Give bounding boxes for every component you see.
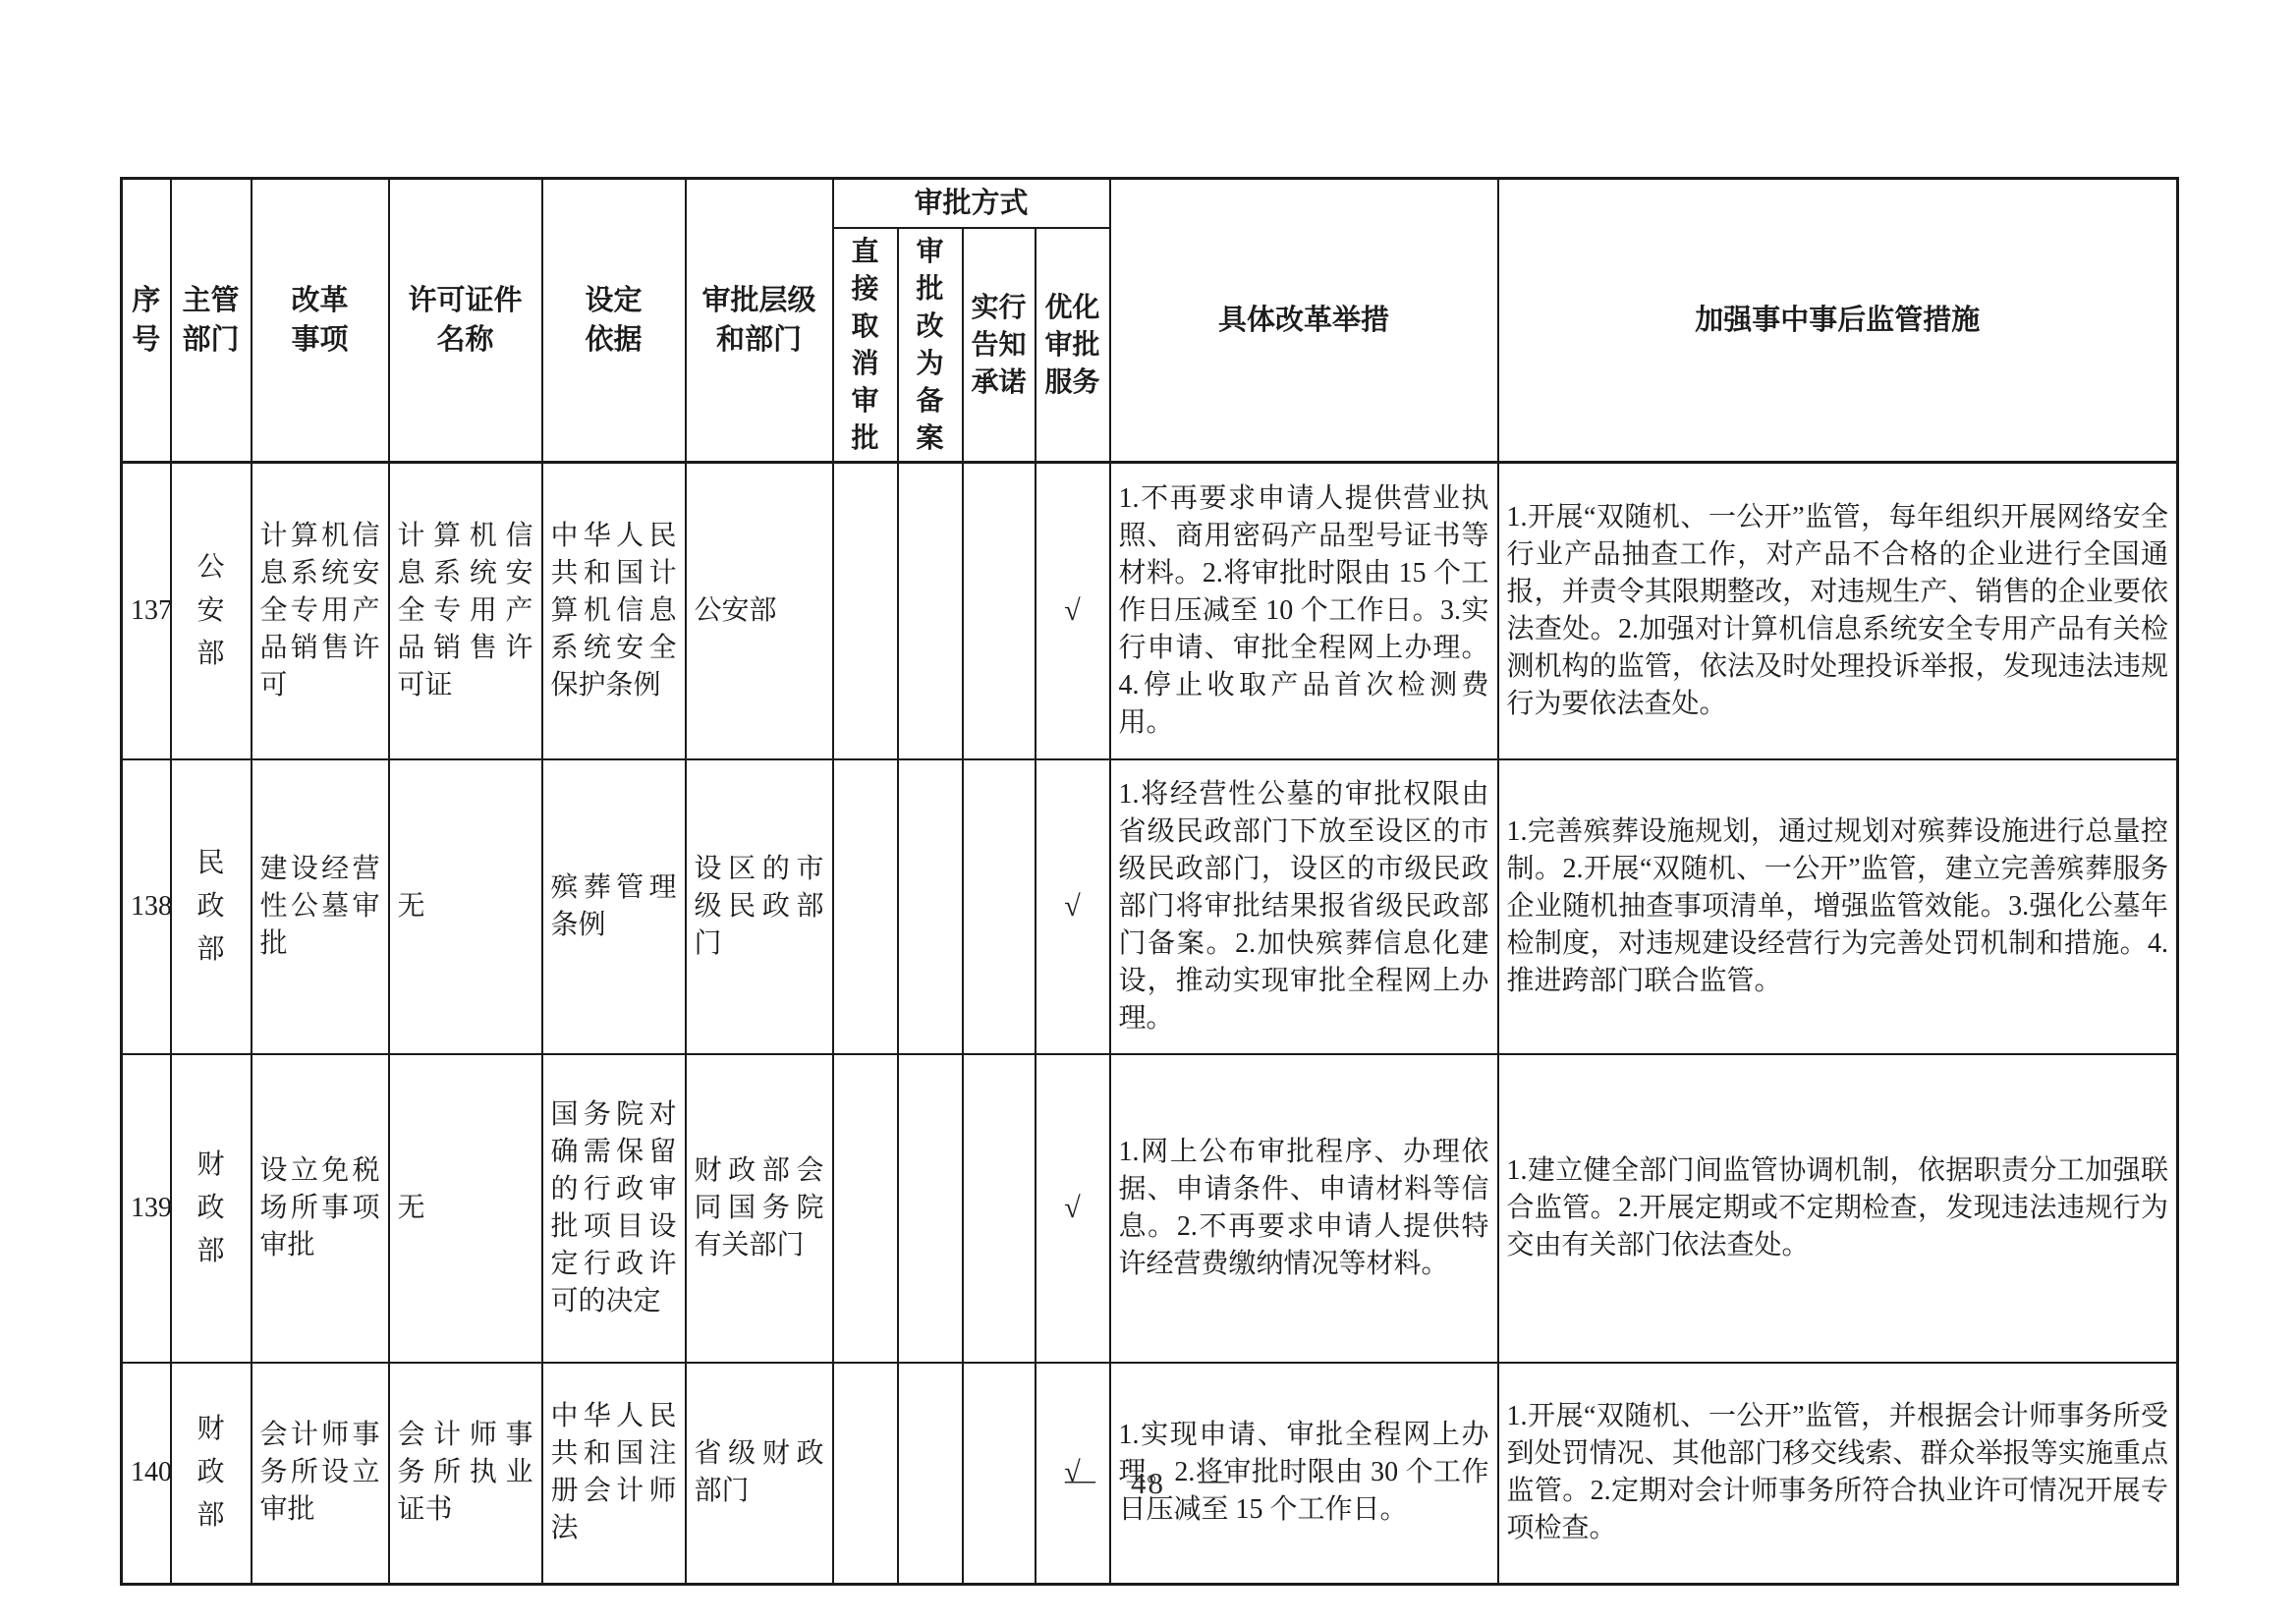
table-header: 序 号 主管 部门 改革 事项 许可证件 名称 设定 依据 审批层级 和部门 审… <box>122 179 2178 463</box>
header-reform-measures: 具体改革举措 <box>1110 179 1498 463</box>
check-notification-commitment <box>963 759 1036 1054</box>
check-optimize-service: √ <box>1036 759 1110 1054</box>
document-page: 序 号 主管 部门 改革 事项 许可证件 名称 设定 依据 审批层级 和部门 审… <box>0 0 2296 1624</box>
department-text: 财政部 <box>195 1144 226 1273</box>
footer-dash-left: — <box>1065 1462 1097 1497</box>
approval-level-cell: 财政部会同国务院有关部门 <box>686 1054 833 1363</box>
check-cancel-approval <box>833 1054 898 1363</box>
supervision-measures-cell: 1.开展“双随机、一公开”监管，每年组织开展网络安全行业产品抽查工作，对产品不合… <box>1498 463 2178 759</box>
header-sub-notification-commitment: 实行 告知 承诺 <box>963 228 1036 463</box>
department-text: 民政部 <box>195 842 226 972</box>
check-change-to-filing <box>898 1054 963 1363</box>
check-optimize-service: √ <box>1036 463 1110 759</box>
table-row-137: 137 公安部 计算机信息系统安全专用产品销售许可 计算机信息系统安全专用产品销… <box>122 463 2178 759</box>
legal-basis-cell: 殡葬管理条例 <box>542 759 686 1054</box>
footer-dash-right: — <box>1199 1462 1231 1497</box>
header-approval-level: 审批层级 和部门 <box>686 179 833 463</box>
header-sub-cancel-approval: 直接 取消 审批 <box>833 228 898 463</box>
department-cell: 公安部 <box>171 463 252 759</box>
supervision-measures-cell: 1.建立健全部门间监管协调机制，依据职责分工加强联合监管。2.开展定期或不定期检… <box>1498 1054 2178 1363</box>
check-cancel-approval <box>833 463 898 759</box>
page-number: 48 <box>1131 1466 1165 1500</box>
header-reform-item: 改革 事项 <box>252 179 389 463</box>
serial-number: 137 <box>122 463 171 759</box>
check-cancel-approval <box>833 759 898 1054</box>
header-license-name: 许可证件 名称 <box>389 179 542 463</box>
header-approval-method: 审批方式 <box>833 179 1110 229</box>
supervision-measures-cell: 1.完善殡葬设施规划，通过规划对殡葬设施进行总量控制。2.开展“双随机、一公开”… <box>1498 759 2178 1054</box>
header-sub-optimize-service: 优化 审批 服务 <box>1036 228 1110 463</box>
legal-basis-cell: 中华人民共和国计算机信息系统安全保护条例 <box>542 463 686 759</box>
serial-number: 139 <box>122 1054 171 1363</box>
header-serial: 序 号 <box>122 179 171 463</box>
header-sub-change-to-filing: 审批 改为 备案 <box>898 228 963 463</box>
license-name-cell: 无 <box>389 1054 542 1363</box>
license-name-cell: 无 <box>389 759 542 1054</box>
approval-level-cell: 公安部 <box>686 463 833 759</box>
reform-item-cell: 建设经营性公墓审批 <box>252 759 389 1054</box>
legal-basis-cell: 国务院对确需保留的行政审批项目设定行政许可的决定 <box>542 1054 686 1363</box>
check-optimize-service: √ <box>1036 1054 1110 1363</box>
department-cell: 民政部 <box>171 759 252 1054</box>
table-row-139: 139 财政部 设立免税场所事项审批 无 国务院对确需保留的行政审批项目设定行政… <box>122 1054 2178 1363</box>
reform-measures-cell: 1.将经营性公墓的审批权限由省级民政部门下放至设区的市级民政部门，设区的市级民政… <box>1110 759 1498 1054</box>
reform-item-cell: 设立免税场所事项审批 <box>252 1054 389 1363</box>
page-footer: —48— <box>0 1466 2296 1501</box>
approval-level-cell: 设区的市级民政部门 <box>686 759 833 1054</box>
check-change-to-filing <box>898 759 963 1054</box>
reform-measures-cell: 1.网上公布审批程序、办理依据、申请条件、申请材料等信息。2.不再要求申请人提供… <box>1110 1054 1498 1363</box>
reform-measures-cell: 1.不再要求申请人提供营业执照、商用密码产品型号证书等材料。2.将审批时限由 1… <box>1110 463 1498 759</box>
check-notification-commitment <box>963 1054 1036 1363</box>
header-legal-basis: 设定 依据 <box>542 179 686 463</box>
table-row-138: 138 民政部 建设经营性公墓审批 无 殡葬管理条例 设区的市级民政部门 √ 1… <box>122 759 2178 1054</box>
header-supervision-measures: 加强事中事后监管措施 <box>1498 179 2178 463</box>
serial-number: 138 <box>122 759 171 1054</box>
header-department: 主管 部门 <box>171 179 252 463</box>
department-text: 公安部 <box>195 546 226 676</box>
check-change-to-filing <box>898 463 963 759</box>
approval-items-table: 序 号 主管 部门 改革 事项 许可证件 名称 设定 依据 审批层级 和部门 审… <box>120 177 2179 1586</box>
license-name-cell: 计算机信息系统安全专用产品销售许可证 <box>389 463 542 759</box>
department-cell: 财政部 <box>171 1054 252 1363</box>
check-notification-commitment <box>963 463 1036 759</box>
reform-item-cell: 计算机信息系统安全专用产品销售许可 <box>252 463 389 759</box>
